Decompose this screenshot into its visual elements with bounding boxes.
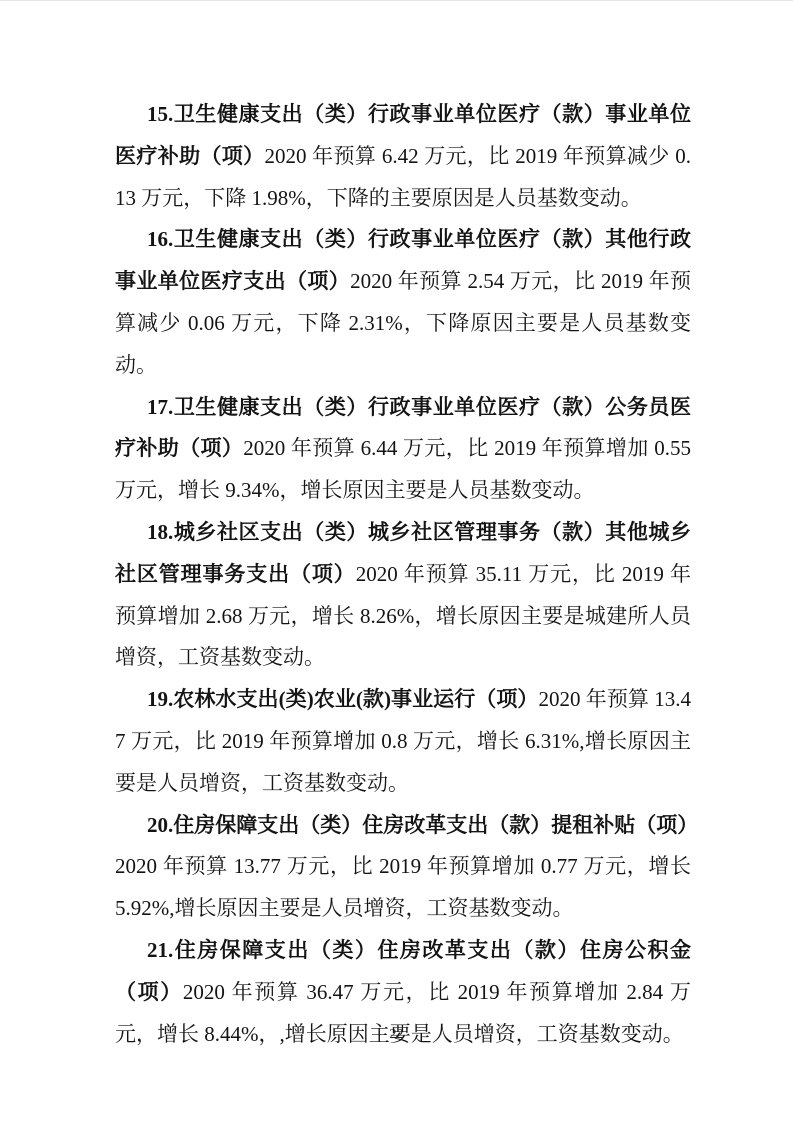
- budget-paragraph-17: 17.卫生健康支出（类）行政事业单位医疗（款）公务员医疗补助（项）2020 年预…: [115, 387, 691, 512]
- budget-paragraph-15: 15.卫生健康支出（类）行政事业单位医疗（款）事业单位医疗补助（项）2020 年…: [115, 94, 691, 219]
- page-number: 22: [0, 1027, 793, 1043]
- document-page: 15.卫生健康支出（类）行政事业单位医疗（款）事业单位医疗补助（项）2020 年…: [0, 0, 793, 1122]
- paragraph-20-body: 2020 年预算 13.77 万元，比 2019 年预算增加 0.77 万元，增…: [115, 854, 691, 920]
- budget-paragraph-20: 20.住房保障支出（类）住房改革支出（款）提租补贴（项）2020 年预算 13.…: [115, 805, 691, 930]
- budget-paragraph-16: 16.卫生健康支出（类）行政事业单位医疗（款）其他行政事业单位医疗支出（项）20…: [115, 219, 691, 386]
- budget-paragraph-18: 18.城乡社区支出（类）城乡社区管理事务（款）其他城乡社区管理事务支出（项）20…: [115, 512, 691, 679]
- paragraph-20-heading: 20.住房保障支出（类）住房改革支出（款）提租补贴（项）: [147, 813, 698, 837]
- paragraph-19-heading: 19.农林水支出(类)农业(款)事业运行（项）: [147, 687, 538, 711]
- document-body: 15.卫生健康支出（类）行政事业单位医疗（款）事业单位医疗补助（项）2020 年…: [115, 94, 691, 1055]
- budget-paragraph-19: 19.农林水支出(类)农业(款)事业运行（项）2020 年预算 13.47 万元…: [115, 679, 691, 804]
